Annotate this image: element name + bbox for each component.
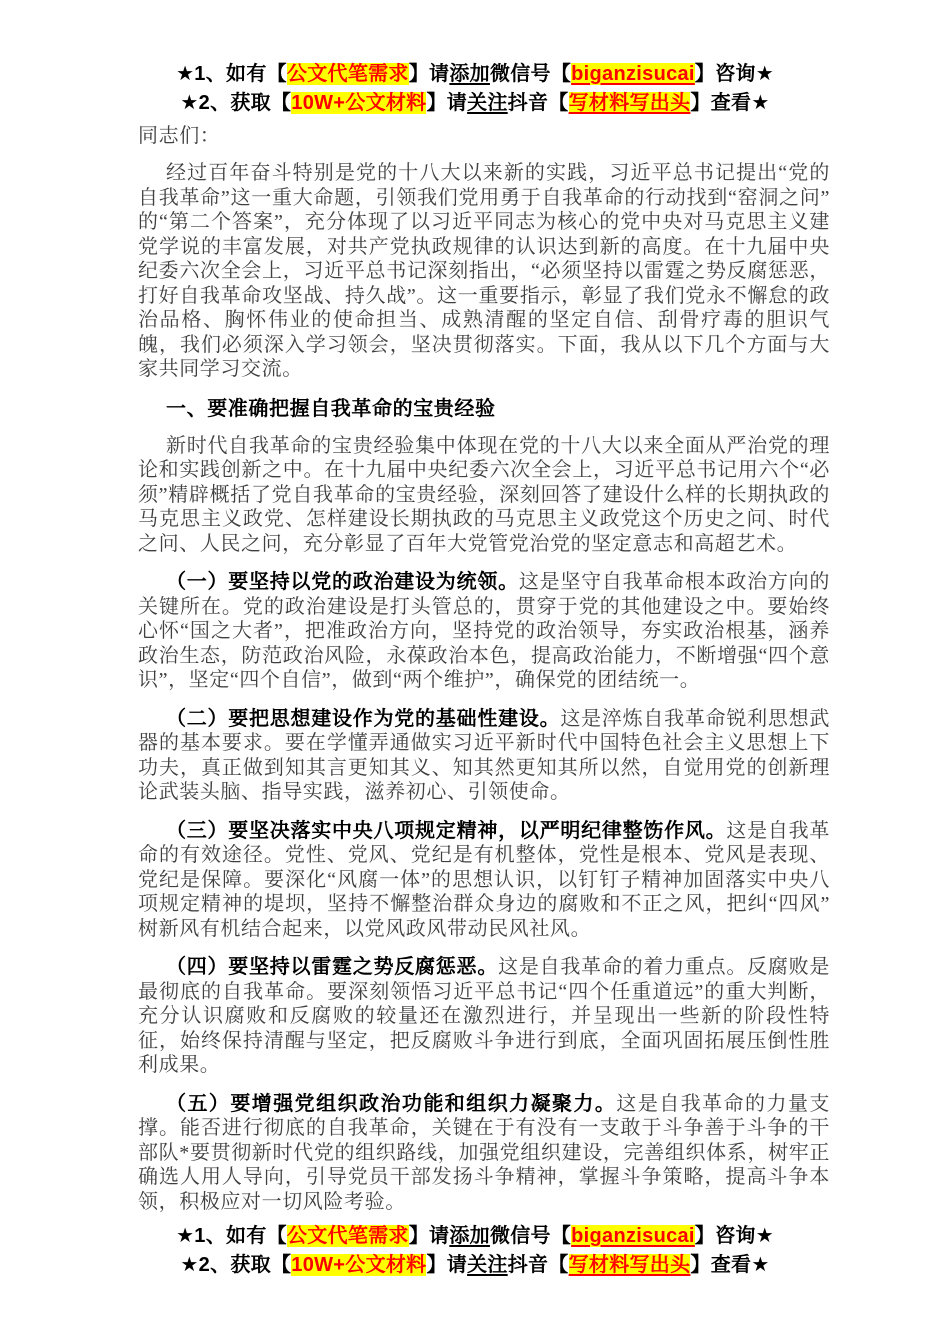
section-paragraph-3: （三）要坚决落实中央八项规定精神，以严明纪律整饬作风。这是自我革命的有效途径。党… <box>138 819 830 942</box>
document-content: 同志们： 经过百年奋斗特别是党的十八大以来新的实践，习近平总书记提出“党的自我革… <box>138 124 830 1214</box>
section-lead: （三）要坚决落实中央八项规定精神，以严明纪律整饬作风。 <box>166 820 726 842</box>
promo-text: 】请 <box>426 1254 467 1276</box>
promo-text: 】咨询★ <box>695 1225 774 1247</box>
document-page: ★1、如有【公文代笔需求】请添加微信号【biganzisucai】咨询★ ★2、… <box>0 0 950 1344</box>
promo-banner-bottom: ★1、如有【公文代笔需求】请添加微信号【biganzisucai】咨询★ ★2、… <box>0 1222 950 1280</box>
promo-text: 微信号【 <box>490 1225 571 1247</box>
intro-paragraph: 经过百年奋斗特别是党的十八大以来新的实践，习近平总书记提出“党的自我革命”这一重… <box>138 161 830 382</box>
promo-line-1: ★1、如有【公文代笔需求】请添加微信号【biganzisucai】咨询★ <box>0 1222 950 1251</box>
promo-text: ★2、获取【 <box>180 1254 291 1276</box>
promo-text: ★1、如有【 <box>176 63 287 85</box>
underlined-action: 关注 <box>467 92 508 114</box>
wechat-id: biganzisucai <box>571 1225 695 1247</box>
salutation: 同志们： <box>138 124 830 149</box>
promo-text: 】请 <box>426 92 467 114</box>
section-lead: （四）要坚持以雷霆之势反腐惩恶。 <box>166 956 498 978</box>
promo-text: ★1、如有【 <box>176 1225 287 1247</box>
promo-text: 抖音【 <box>508 1254 569 1276</box>
promo-line-1: ★1、如有【公文代笔需求】请添加微信号【biganzisucai】咨询★ <box>0 60 950 89</box>
section-lead: （一）要坚持以党的政治建设为统领。 <box>166 571 519 593</box>
paragraph: 新时代自我革命的宝贵经验集中体现在党的十八大以来全面从严治党的理论和实践创新之中… <box>138 434 830 557</box>
promo-line-2: ★2、获取【10W+公文材料】请关注抖音【写材料写出头】查看★ <box>0 89 950 118</box>
underlined-action: 关注 <box>467 1254 508 1276</box>
section-paragraph-4: （四）要坚持以雷霆之势反腐惩恶。这是自我革命的着力重点。反腐败是最彻底的自我革命… <box>138 955 830 1078</box>
section-paragraph-2: （二）要把思想建设作为党的基础性建设。这是淬炼自我革命锐利思想武器的基本要求。要… <box>138 707 830 805</box>
promo-text: 】查看★ <box>690 92 769 114</box>
highlighted-service: 10W+公文材料 <box>291 92 426 114</box>
promo-text: ★2、获取【 <box>180 92 291 114</box>
highlighted-service: 10W+公文材料 <box>291 1254 426 1276</box>
promo-line-2: ★2、获取【10W+公文材料】请关注抖音【写材料写出头】查看★ <box>0 1251 950 1280</box>
highlighted-service: 公文代笔需求 <box>287 63 409 85</box>
douyin-id: 写材料写出头 <box>569 92 691 114</box>
highlighted-service: 公文代笔需求 <box>287 1225 409 1247</box>
wechat-id: biganzisucai <box>571 63 695 85</box>
underlined-action: 添加 <box>449 1225 490 1247</box>
section-paragraph-5: （五）要增强党组织政治功能和组织力凝聚力。这是自我革命的力量支撑。能否进行彻底的… <box>138 1092 830 1215</box>
underlined-action: 添加 <box>449 63 490 85</box>
douyin-id: 写材料写出头 <box>569 1254 691 1276</box>
section-lead: （二）要把思想建设作为党的基础性建设。 <box>166 708 560 730</box>
promo-text: 微信号【 <box>490 63 571 85</box>
section-paragraph-1: （一）要坚持以党的政治建设为统领。这是坚守自我革命根本政治方向的关键所在。党的政… <box>138 570 830 693</box>
section-lead: （五）要增强党组织政治功能和组织力凝聚力。 <box>166 1093 616 1115</box>
promo-text: 】查看★ <box>690 1254 769 1276</box>
section-heading-1: 一、要准确把握自我革命的宝贵经验 <box>138 396 830 422</box>
promo-text: 】咨询★ <box>695 63 774 85</box>
promo-text: 抖音【 <box>508 92 569 114</box>
promo-banner-top: ★1、如有【公文代笔需求】请添加微信号【biganzisucai】咨询★ ★2、… <box>0 0 950 118</box>
promo-text: 】请 <box>409 1225 450 1247</box>
promo-text: 】请 <box>409 63 450 85</box>
